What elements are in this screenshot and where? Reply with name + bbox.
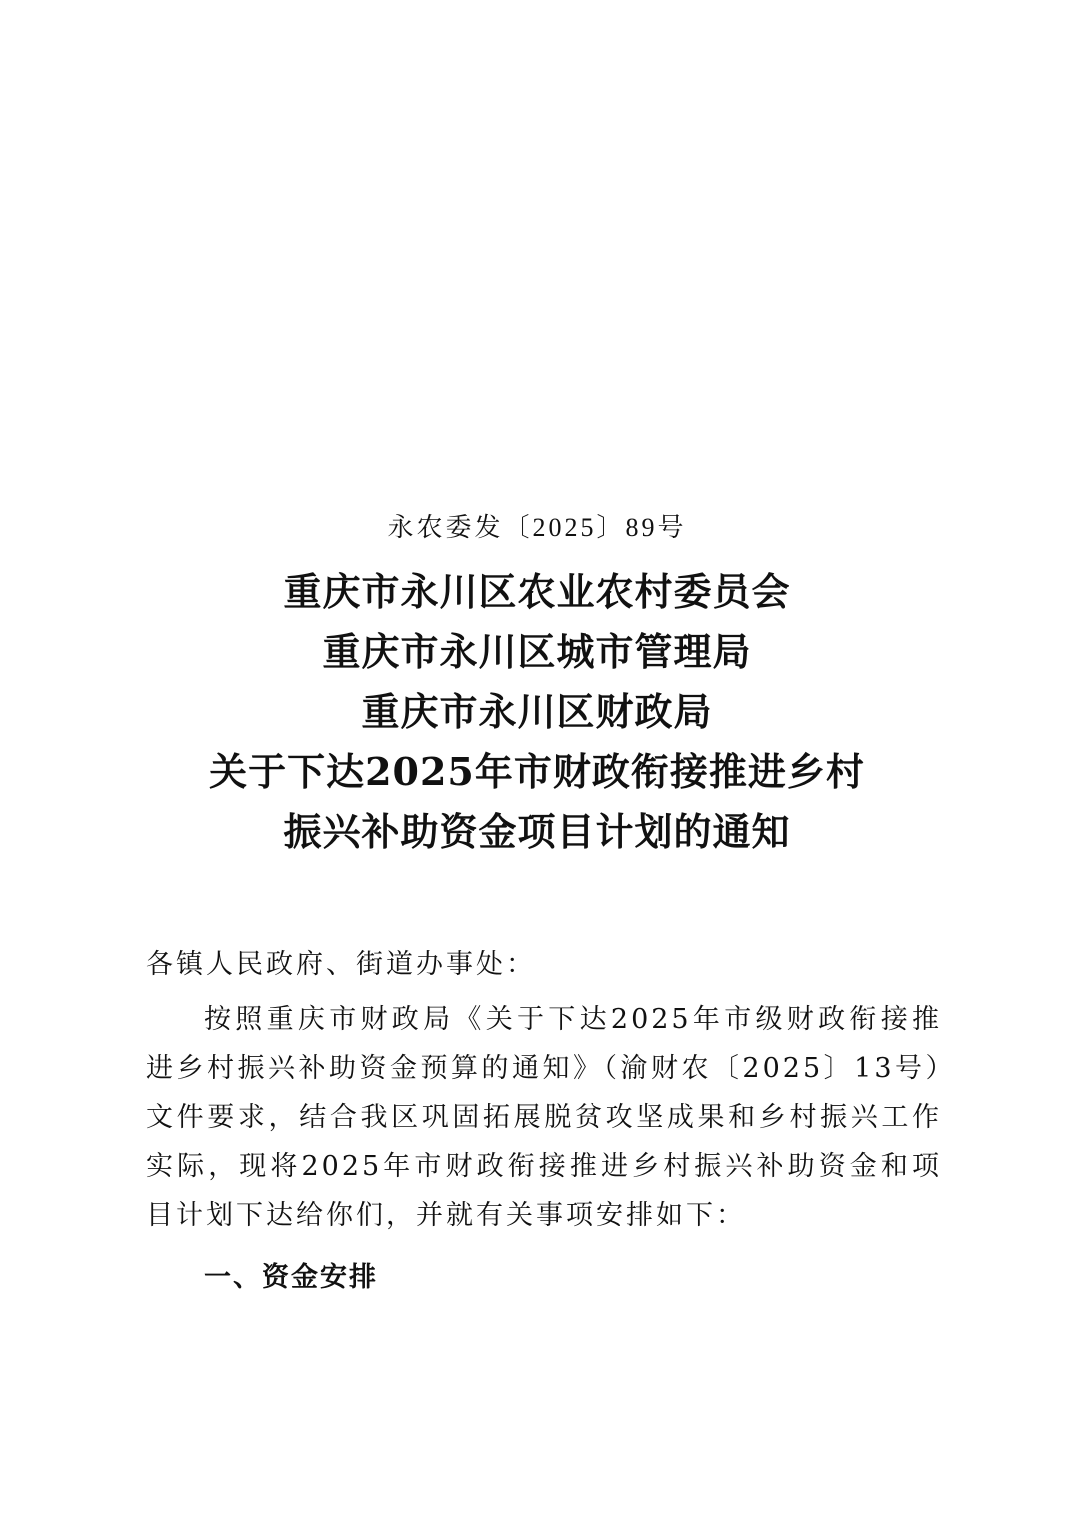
document-title: 重庆市永川区农业农村委员会 重庆市永川区城市管理局 重庆市永川区财政局 关于下达… xyxy=(0,562,1074,862)
salutation: 各镇人民政府、街道办事处： xyxy=(146,945,942,985)
title-subject-line-1: 关于下达2025年市财政衔接推进乡村 xyxy=(0,742,1074,802)
title-subject-line-2: 振兴补助资金项目计划的通知 xyxy=(0,802,1074,862)
section-heading-funding-arrangement: 一、资金安排 xyxy=(204,1258,378,1298)
document-page: 永农委发〔2025〕89号 重庆市永川区农业农村委员会 重庆市永川区城市管理局 … xyxy=(0,0,1074,1520)
title-issuer-finance: 重庆市永川区财政局 xyxy=(0,682,1074,742)
title-issuer-agriculture: 重庆市永川区农业农村委员会 xyxy=(0,562,1074,622)
title-issuer-urban-management: 重庆市永川区城市管理局 xyxy=(0,622,1074,682)
body-paragraph: 按照重庆市财政局《关于下达2025年市级财政衔接推进乡村振兴补助资金预算的通知》… xyxy=(146,995,942,1240)
document-number: 永农委发〔2025〕89号 xyxy=(0,508,1074,548)
